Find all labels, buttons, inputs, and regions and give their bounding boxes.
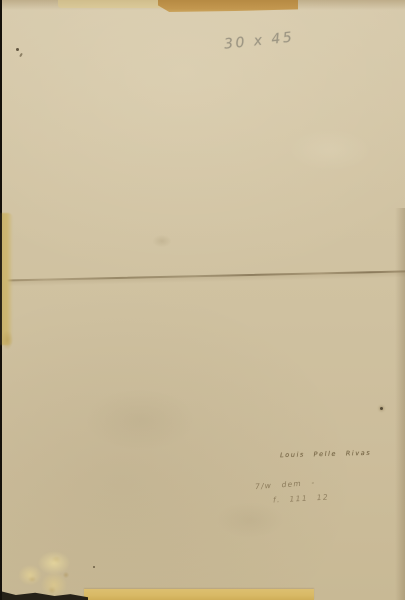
tape-strip-bottom xyxy=(84,589,314,600)
glue-stain-bottom-left xyxy=(6,545,94,600)
ink-speck-top-left xyxy=(16,48,19,51)
frame-edge-left xyxy=(0,0,2,600)
ink-speck-right xyxy=(380,407,383,410)
tape-residue-top-left xyxy=(58,0,166,8)
tape-residue-left xyxy=(2,330,15,352)
right-edge-shadow xyxy=(395,208,405,600)
artwork-verso-photo: 30 x 45 Louis Pelle Rivas 7/w dem - f. 1… xyxy=(0,0,405,600)
paper-sheet xyxy=(2,0,405,600)
ink-speck-bottom-left xyxy=(93,566,95,568)
